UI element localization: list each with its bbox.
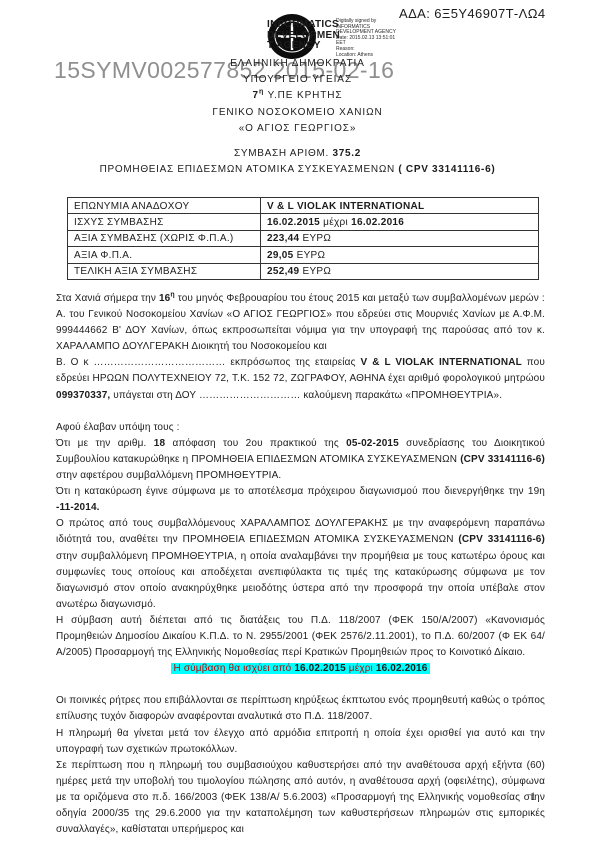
paragraph: Ότι με την αριθμ. 18 απόφαση του 2ου πρα… — [56, 436, 545, 484]
contract-table-body: ΕΠΩΝΥΜΙΑ ΑΝΑΔΟΧΟΥV & L VIOLAK INTERNATIO… — [68, 198, 539, 280]
table-row: ΙΣΧΥΣ ΣΥΜΒΑΣΗΣ16.02.2015 μέχρι 16.02.201… — [68, 214, 539, 230]
text-run: Ότι η κατακύρωση έγινε σύμφωνα με το απο… — [56, 486, 545, 497]
text-run: στην αφετέρου συμβαλλόμενη ΠΡΟΜΗΘΕΥΤΡΙΑ. — [56, 470, 281, 481]
text-run: ΥΠΟΥΡΓΕΙΟ ΥΓΕΙΑΣ — [243, 74, 352, 85]
paragraph-spacer — [56, 677, 545, 693]
header-line: ΥΠΟΥΡΓΕΙΟ ΥΓΕΙΑΣ — [0, 72, 595, 88]
table-value: V & L VIOLAK INTERNATIONAL — [261, 198, 539, 214]
text-run: Αφού έλαβαν υπόψη τους : — [56, 422, 180, 433]
text-run: Ότι με την αριθμ. — [56, 438, 154, 449]
text-run: V & L VIOLAK INTERNATIONAL — [267, 201, 424, 212]
contract-title-line1: ΣΥΜΒΑΣΗ ΑΡΙΘΜ. 375.2 — [0, 146, 595, 162]
text-run: V & L VIOLAK INTERNATIONAL — [360, 357, 521, 368]
text-run: ΕΛΛΗΝΙΚΗ ΔΗΜΟΚΡΑΤΙΑ — [230, 58, 365, 69]
text-run: Α. του Γενικού Νοσοκομείου Χανίων «Ο ΑΓΙ… — [56, 309, 545, 352]
table-value: 223,44 ΕΥΡΩ — [261, 230, 539, 246]
table-label: ΑΞΙΑ Φ.Π.Α. — [68, 247, 261, 263]
paragraph: Β. Ο κ ………………………………… εκπρόσωπος της εται… — [56, 355, 545, 403]
text-run: μέχρι — [346, 663, 376, 674]
table-value: 29,05 ΕΥΡΩ — [261, 247, 539, 263]
paragraph: Στα Χανιά σήμερα την 16η του μηνός Φεβρο… — [56, 291, 545, 307]
paragraph: Η σύμβαση αυτή διέπεται από τις διατάξει… — [56, 613, 545, 661]
text-run: ΕΥΡΩ — [299, 233, 331, 244]
text-run: 16.02.2016 — [351, 217, 404, 228]
paragraph-spacer — [56, 404, 545, 420]
ada-code: ΑΔΑ: 6Ξ5Υ46907Τ-ΛΩ4 — [399, 6, 545, 21]
text-run: -11-2014. — [56, 502, 100, 513]
contract-title: ΣΥΜΒΑΣΗ ΑΡΙΘΜ. 375.2 ΠΡΟΜΗΘΕΙΑΣ ΕΠΙΔΕΣΜΩ… — [0, 146, 595, 178]
text-run: Η σύμβαση θα ισχύει από — [174, 663, 295, 674]
document-body: Στα Χανιά σήμερα την 16η του μηνός Φεβρο… — [56, 291, 545, 838]
text-run: 16 — [159, 293, 170, 304]
text-run: 16.02.2015 — [294, 663, 346, 674]
text-run: 05-02-2015 — [346, 438, 399, 449]
document-page: { "ada": "ΑΔΑ: 6Ξ5Υ46907Τ-ΛΩ4", "waterma… — [0, 0, 595, 842]
text-run: ( CPV 33141116-6) — [398, 164, 495, 175]
text-run: του μηνός Φεβρουαρίου του έτους 2015 και… — [175, 293, 545, 304]
text-run: Η σύμβαση αυτή διέπεται από τις διατάξει… — [56, 615, 545, 658]
stamp-signature-details: Digitally signed byINFORMATICSDEVELOPMEN… — [336, 19, 406, 58]
text-run: «Ο ΑΓΙΟΣ ΓΕΩΡΓΙΟΣ» — [239, 123, 357, 134]
text-run: 18 — [154, 438, 165, 449]
text-run: 375.2 — [332, 148, 361, 159]
table-label: ΕΠΩΝΥΜΙΑ ΑΝΑΔΟΧΟΥ — [68, 198, 261, 214]
contract-summary-table: ΕΠΩΝΥΜΙΑ ΑΝΑΔΟΧΟΥV & L VIOLAK INTERNATIO… — [67, 197, 539, 280]
table-value: 252,49 ΕΥΡΩ — [261, 263, 539, 279]
header-line: 7η Υ.ΠΕ ΚΡΗΤΗΣ — [0, 88, 595, 104]
header-line: ΕΛΛΗΝΙΚΗ ΔΗΜΟΚΡΑΤΙΑ — [0, 56, 595, 72]
text-run: ΠΡΟΜΗΘΕΙΑΣ ΕΠΙΔΕΣΜΩΝ ΑΤΟΜΙΚΑ ΣΥΣΚΕΥΑΣΜΕΝ… — [100, 164, 399, 175]
text-run: 223,44 — [267, 233, 299, 244]
paragraph: Η πληρωμή θα γίνεται μετά τον έλεγχο από… — [56, 726, 545, 758]
table-label: ΑΞΙΑ ΣΥΜΒΑΣΗΣ (ΧΩΡΙΣ Φ.Π.Α.) — [68, 230, 261, 246]
text-run: Η πληρωμή θα γίνεται μετά τον έλεγχο από… — [56, 728, 545, 755]
paragraph: Αφού έλαβαν υπόψη τους : — [56, 420, 545, 436]
table-row: ΑΞΙΑ Φ.Π.Α. 29,05 ΕΥΡΩ — [68, 247, 539, 263]
paragraph: Α. του Γενικού Νοσοκομείου Χανίων «Ο ΑΓΙ… — [56, 307, 545, 355]
text-run: υπάγεται στη ΔΟΥ ………………………… καλούμενη πα… — [110, 390, 502, 401]
header-line: «Ο ΑΓΙΟΣ ΓΕΩΡΓΙΟΣ» — [0, 121, 595, 137]
contract-title-line2: ΠΡΟΜΗΘΕΙΑΣ ΕΠΙΔΕΣΜΩΝ ΑΤΟΜΙΚΑ ΣΥΣΚΕΥΑΣΜΕΝ… — [0, 162, 595, 178]
text-run: 16.02.2015 — [267, 217, 320, 228]
table-row: ΕΠΩΝΥΜΙΑ ΑΝΑΔΟΧΟΥV & L VIOLAK INTERNATIO… — [68, 198, 539, 214]
text-run: Β. Ο κ ………………………………… εκπρόσωπος της εται… — [56, 357, 360, 368]
paragraph: Ο πρώτος από τους συμβαλλόμενους ΧΑΡΑΛΑΜ… — [56, 516, 545, 613]
header-line: ΓΕΝΙΚΟ ΝΟΣΟΚΟΜΕΙΟ ΧΑΝΙΩΝ — [0, 105, 595, 121]
text-run: ΕΥΡΩ — [294, 250, 326, 261]
text-run: (CPV 33141116-6) — [460, 454, 545, 465]
text-run: Υ.ΠΕ ΚΡΗΤΗΣ — [264, 90, 342, 101]
highlight-line: Η σύμβαση θα ισχύει από 16.02.2015 μέχρι… — [56, 661, 545, 677]
table-label: ΤΕΛΙΚΗ ΑΞΙΑ ΣΥΜΒΑΣΗΣ — [68, 263, 261, 279]
paragraph: Ότι η κατακύρωση έγινε σύμφωνα με το απο… — [56, 484, 545, 516]
table-row: ΑΞΙΑ ΣΥΜΒΑΣΗΣ (ΧΩΡΙΣ Φ.Π.Α.)223,44 ΕΥΡΩ — [68, 230, 539, 246]
text-run: μέχρι — [320, 217, 351, 228]
text-run: (CPV 33141116-6) — [458, 534, 545, 545]
text-run: Στα Χανιά σήμερα την — [56, 293, 159, 304]
highlight-text: Η σύμβαση θα ισχύει από 16.02.2015 μέχρι… — [171, 663, 431, 674]
text-run: στην συμβαλλόμενη ΠΡΟΜΗΘΕΥΤΡΙΑ, η οποία … — [56, 551, 545, 610]
table-value: 16.02.2015 μέχρι 16.02.2016 — [261, 214, 539, 230]
paragraph: Οι ποινικές ρήτρες που επιβάλλονται σε π… — [56, 693, 545, 725]
text-run: ΣΥΜΒΑΣΗ ΑΡΙΘΜ. — [234, 148, 332, 159]
text-run: 29,05 — [267, 250, 294, 261]
text-run: Οι ποινικές ρήτρες που επιβάλλονται σε π… — [56, 695, 545, 722]
text-run: απόφαση του 2ου πρακτικού της — [165, 438, 346, 449]
table-row: ΤΕΛΙΚΗ ΑΞΙΑ ΣΥΜΒΑΣΗΣ252,49 ΕΥΡΩ — [68, 263, 539, 279]
text-run: 099370337, — [56, 390, 110, 401]
table-label: ΙΣΧΥΣ ΣΥΜΒΑΣΗΣ — [68, 214, 261, 230]
text-run: 252,49 — [267, 266, 299, 277]
text-run: ΓΕΝΙΚΟ ΝΟΣΟΚΟΜΕΙΟ ΧΑΝΙΩΝ — [212, 107, 382, 118]
paragraph: Σε περίπτωση που η πληρωμή του συμβασιού… — [56, 758, 545, 838]
text-run: Σε περίπτωση που η πληρωμή του συμβασιού… — [56, 760, 545, 835]
text-run: 16.02.2016 — [376, 663, 428, 674]
text-run: ΕΥΡΩ — [299, 266, 331, 277]
agency-header: ΕΛΛΗΝΙΚΗ ΔΗΜΟΚΡΑΤΙΑΥΠΟΥΡΓΕΙΟ ΥΓΕΙΑΣ7η Υ.… — [0, 56, 595, 137]
